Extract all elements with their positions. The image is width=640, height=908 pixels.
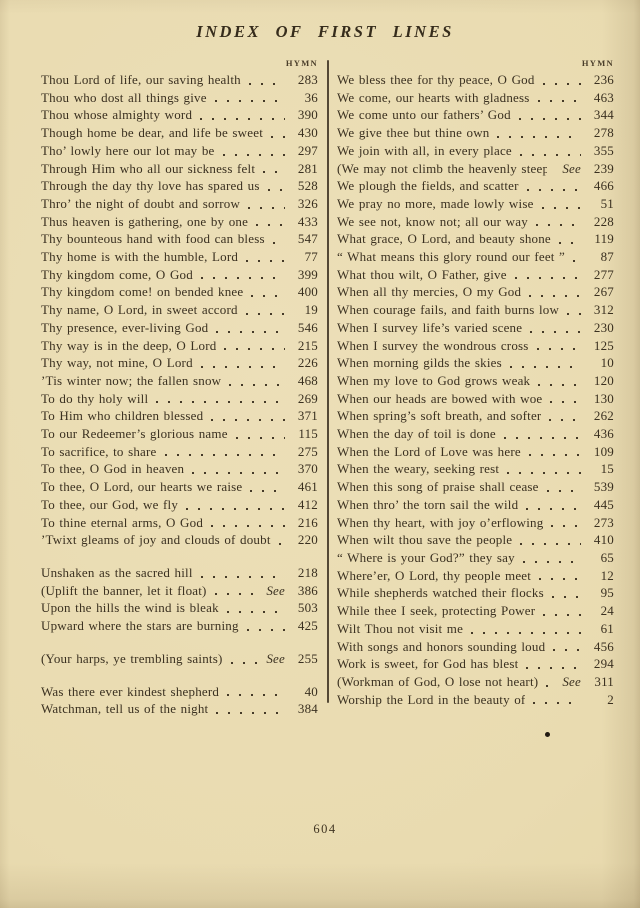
leader-dots [526,667,581,669]
leader-dots [201,366,285,368]
first-line-text: While thee I seek, protecting Power [337,602,535,620]
index-entry: To thee, O God in heaven370 [41,460,318,478]
index-entry: We give thee but thine own278 [337,124,614,142]
leader-dots [529,454,581,456]
index-entry: With songs and honors sounding loud456 [337,638,614,656]
see-reference: See [266,650,285,668]
hymn-number: 19 [292,301,318,319]
hymn-number: 311 [588,673,614,691]
index-entry: (Uplift the banner, let it float)See386 [41,582,318,600]
index-entry: Thy bounteous hand with food can bless54… [41,230,318,248]
leader-dots [542,207,581,209]
hymn-number: 425 [292,617,318,635]
first-line-text: When this song of praise shall cease [337,478,539,496]
index-entry: When our heads are bowed with woe130 [337,390,614,408]
hymn-number: 77 [292,248,318,266]
index-entry: We plough the fields, and scatter466 [337,177,614,195]
index-entry: To sacrifice, to share275 [41,443,318,461]
first-line-text: Upon the hills the wind is bleak [41,599,219,617]
see-reference: See [266,582,285,600]
index-entry: Through the day thy love has spared us52… [41,177,318,195]
index-entry: Where’er, O Lord, thy people meet12 [337,567,614,585]
hymn-number: 215 [292,337,318,355]
hymn-number: 120 [588,372,614,390]
leader-dots [279,543,285,545]
first-line-text: When wilt thou save the people [337,531,512,549]
index-entry: When this song of praise shall cease539 [337,478,614,496]
leader-dots [497,136,581,138]
first-line-text: Tho’ lowly here our lot may be [41,142,215,160]
first-line-text: Thou who dost all things give [41,89,207,107]
leader-dots [201,277,285,279]
hymn-number: 456 [588,638,614,656]
first-line-text: We come unto our fathers’ God [337,106,511,124]
hymn-number: 15 [588,460,614,478]
index-entry: Unshaken as the sacred hill218 [41,564,318,582]
first-line-text: Through Him who all our sickness felt [41,160,255,178]
hymn-number: 236 [588,71,614,89]
leader-dots [227,694,285,696]
leader-dots [186,508,285,510]
index-entry: While shepherds watched their flocks95 [337,584,614,602]
hymn-number: 399 [292,266,318,284]
entry-group: We bless thee for thy peace, O God236We … [337,71,614,708]
first-line-text: Watchman, tell us of the night [41,700,208,718]
index-entry: Watchman, tell us of the night384 [41,700,318,718]
first-line-text: We plough the fields, and scatter [337,177,519,195]
index-entry: When spring’s soft breath, and softer262 [337,407,614,425]
index-entry: We join with all, in every place355 [337,142,614,160]
leader-dots [553,649,581,651]
leader-dots [530,331,581,333]
leader-dots [231,662,260,664]
first-line-text: “ Where is your God?” they say [337,549,515,567]
ink-speck [545,732,550,737]
first-line-text: Where’er, O Lord, thy people meet [337,567,531,585]
leader-dots [223,154,286,156]
index-entry: To our Redeemer’s glorious name115 [41,425,318,443]
first-line-text: When courage fails, and faith burns low [337,301,559,319]
hymn-column-header-right: HYMN [337,57,614,71]
leader-dots [520,154,581,156]
column-divider-rule [327,60,329,703]
index-entry: When I survey the wondrous cross125 [337,337,614,355]
index-entry: ’Tis winter now; the fallen snow468 [41,372,318,390]
leader-dots [533,702,581,704]
leader-dots [537,348,581,350]
leader-dots [529,295,581,297]
hymn-number: 281 [292,160,318,178]
first-line-text: When morning gilds the skies [337,354,502,372]
first-line-text: We join with all, in every place [337,142,512,160]
first-line-text: Was there ever kindest shepherd [41,683,219,701]
leader-dots [536,224,581,226]
first-line-text: Wilt Thou not visit me [337,620,463,638]
index-entry: Work is sweet, for God has blest294 [337,655,614,673]
hymn-number: 125 [588,337,614,355]
index-entry: Upon the hills the wind is bleak503 [41,599,318,617]
page-number: 604 [10,822,640,837]
hymn-column-header-left: HYMN [41,57,318,71]
first-line-text: Thy way is in the deep, O Lord [41,337,216,355]
book-page: INDEX OF FIRST LINES HYMN Thou Lord of l… [0,0,640,908]
leader-dots [224,348,285,350]
leader-dots [165,454,286,456]
index-entry: When all thy mercies, O my God267 [337,283,614,301]
see-reference: See [562,160,581,178]
leader-dots [200,118,285,120]
hymn-number: 24 [588,602,614,620]
hymn-number: 463 [588,89,614,107]
first-line-text: Thy home is with the humble, Lord [41,248,238,266]
hymn-number: 130 [588,390,614,408]
hymn-number: 65 [588,549,614,567]
first-line-text: (Uplift the banner, let it float) [41,582,207,600]
first-line-text: (We may not climb the heavenly steeps) [337,160,547,178]
hymn-number: 277 [588,266,614,284]
leader-dots [250,490,285,492]
leader-dots [246,260,285,262]
index-entry: Tho’ lowly here our lot may be297 [41,142,318,160]
leader-dots [543,614,581,616]
leader-dots [547,490,581,492]
first-line-text: To sacrifice, to share [41,443,157,461]
hymn-number: 386 [292,582,318,600]
first-line-text: When our heads are bowed with woe [337,390,542,408]
leader-dots [192,472,285,474]
first-line-text: To thee, O Lord, our hearts we raise [41,478,242,496]
leader-dots [215,593,260,595]
first-line-text: To Him who children blessed [41,407,203,425]
first-line-text: Thou whose almighty word [41,106,192,124]
hymn-number: 40 [292,683,318,701]
first-line-text: When I survey the wondrous cross [337,337,529,355]
first-line-text: To thee, O God in heaven [41,460,184,478]
entry-group: (Your harps, ye trembling saints)See255 [41,650,318,668]
hymn-number: 384 [292,700,318,718]
index-entry: Upward where the stars are burning425 [41,617,318,635]
index-entry: To do thy holy will269 [41,390,318,408]
hymn-number: 528 [292,177,318,195]
hymn-number: 433 [292,213,318,231]
index-entry: When thy heart, with joy o’erflowing273 [337,514,614,532]
right-column-list: We bless thee for thy peace, O God236We … [337,71,614,708]
hymn-number: 466 [588,177,614,195]
index-entry: “ Where is your God?” they say65 [337,549,614,567]
first-line-text: When my love to God grows weak [337,372,530,390]
index-entry: Thy way is in the deep, O Lord215 [41,337,318,355]
first-line-text: Thy kingdom come, O God [41,266,193,284]
index-entry: Though home be dear, and life be sweet43… [41,124,318,142]
leader-dots [519,118,581,120]
leader-dots [471,632,581,634]
index-entry: Thy home is with the humble, Lord77 [41,248,318,266]
first-line-text: Thy bounteous hand with food can bless [41,230,265,248]
leader-dots [559,242,581,244]
index-entry: What thou wilt, O Father, give277 [337,266,614,284]
left-column: HYMN Thou Lord of life, our saving healt… [41,57,318,718]
first-line-text: To do thy holy will [41,390,148,408]
hymn-number: 61 [588,620,614,638]
hymn-number: 278 [588,124,614,142]
hymn-number: 312 [588,301,614,319]
index-entry: When my love to God grows weak120 [337,372,614,390]
leader-dots [251,295,285,297]
hymn-number: 547 [292,230,318,248]
see-reference: See [562,673,581,691]
hymn-number: 294 [588,655,614,673]
hymn-number: 326 [292,195,318,213]
first-line-text: To thine eternal arms, O God [41,514,203,532]
leader-dots [549,419,581,421]
leader-dots [538,100,581,102]
leader-dots [567,313,581,315]
first-line-text: When spring’s soft breath, and softer [337,407,541,425]
index-entry: Thou Lord of life, our saving health283 [41,71,318,89]
first-line-text: What grace, O Lord, and beauty shone [337,230,551,248]
index-entry: Thou who dost all things give36 [41,89,318,107]
hymn-number: 546 [292,319,318,337]
leader-dots [211,525,285,527]
leader-dots [527,189,581,191]
first-line-text: Thus heaven is gathering, one by one [41,213,248,231]
index-entry: Thy way, not mine, O Lord226 [41,354,318,372]
hymn-number: 2 [588,691,614,709]
hymn-number: 436 [588,425,614,443]
leader-dots [249,83,285,85]
first-line-text: Unshaken as the sacred hill [41,564,193,582]
first-line-text: We give thee but thine own [337,124,489,142]
index-entry: (Your harps, ye trembling saints)See255 [41,650,318,668]
index-entry: To thee, our God, we fly412 [41,496,318,514]
hymn-number: 119 [588,230,614,248]
leader-dots [526,508,581,510]
hymn-number: 51 [588,195,614,213]
index-entry: While thee I seek, protecting Power24 [337,602,614,620]
hymn-number: 468 [292,372,318,390]
hymn-number: 430 [292,124,318,142]
hymn-number: 412 [292,496,318,514]
leader-dots [268,189,285,191]
hymn-number: 370 [292,460,318,478]
index-entry: When I survey life’s varied scene230 [337,319,614,337]
first-line-text: With songs and honors sounding loud [337,638,545,656]
first-line-text: Thro’ the night of doubt and sorrow [41,195,240,213]
first-line-text: Thy presence, ever-living God [41,319,208,337]
hymn-number: 262 [588,407,614,425]
first-line-text: We come, our hearts with gladness [337,89,530,107]
hymn-number: 371 [292,407,318,425]
first-line-text: When the Lord of Love was here [337,443,521,461]
leader-dots [271,136,285,138]
first-line-text: When thy heart, with joy o’erflowing [337,514,543,532]
hymn-number: 255 [292,650,318,668]
leader-dots [539,578,581,580]
leader-dots [156,401,285,403]
leader-dots [523,561,581,563]
leader-dots [550,401,581,403]
leader-dots [211,419,285,421]
first-line-text: Though home be dear, and life be sweet [41,124,263,142]
first-line-text: Thou Lord of life, our saving health [41,71,241,89]
hymn-number: 228 [588,213,614,231]
index-entry: Worship the Lord in the beauty of2 [337,691,614,709]
hymn-number: 344 [588,106,614,124]
leader-dots [538,384,581,386]
hymn-number: 400 [292,283,318,301]
leader-dots [515,277,581,279]
hymn-number: 539 [588,478,614,496]
first-line-text: We bless thee for thy peace, O God [337,71,535,89]
leader-dots [229,384,285,386]
first-line-text: Work is sweet, for God has blest [337,655,518,673]
hymn-number: 503 [292,599,318,617]
index-entry: We bless thee for thy peace, O God236 [337,71,614,89]
index-entry: ’Twixt gleams of joy and clouds of doubt… [41,531,318,549]
first-line-text: When all thy mercies, O my God [337,283,521,301]
leader-dots [552,596,581,598]
page-title: INDEX OF FIRST LINES [10,22,640,42]
hymn-number: 355 [588,142,614,160]
leader-dots [504,437,581,439]
leader-dots [256,224,285,226]
index-entry: Thy name, O Lord, in sweet accord19 [41,301,318,319]
index-entry: To thee, O Lord, our hearts we raise461 [41,478,318,496]
leader-dots [247,629,285,631]
index-entry: Thy presence, ever-living God546 [41,319,318,337]
index-entry: (We may not climb the heavenly steeps)Se… [337,160,614,178]
leader-dots [510,366,581,368]
hymn-number: 297 [292,142,318,160]
index-entry: When wilt thou save the people410 [337,531,614,549]
first-line-text: What thou wilt, O Father, give [337,266,507,284]
index-entry: Wilt Thou not visit me61 [337,620,614,638]
hymn-number: 95 [588,584,614,602]
index-entry: Thus heaven is gathering, one by one433 [41,213,318,231]
first-line-text: (Your harps, ye trembling saints) [41,650,223,668]
first-line-text: When the day of toil is done [337,425,496,443]
hymn-number: 109 [588,443,614,461]
leader-dots [248,207,285,209]
left-column-list: Thou Lord of life, our saving health283T… [41,71,318,718]
hymn-number: 461 [292,478,318,496]
leader-dots [227,611,285,613]
index-entry: To thine eternal arms, O God216 [41,514,318,532]
first-line-text: Thy kingdom come! on bended knee [41,283,243,301]
hymn-number: 239 [588,160,614,178]
entry-group: Unshaken as the sacred hill218(Uplift th… [41,564,318,635]
leader-dots [216,331,285,333]
index-entry: When the day of toil is done436 [337,425,614,443]
first-line-text: (Workman of God, O lose not heart) [337,673,538,691]
hymn-number: 390 [292,106,318,124]
first-line-text: We see not, know not; all our way [337,213,528,231]
index-entry: (Workman of God, O lose not heart)See311 [337,673,614,691]
leader-dots [543,83,581,85]
hymn-number: 226 [292,354,318,372]
first-line-text: Through the day thy love has spared us [41,177,260,195]
index-entry: Thy kingdom come, O God399 [41,266,318,284]
leader-dots [201,576,285,578]
index-entry: When courage fails, and faith burns low3… [337,301,614,319]
right-column: HYMN We bless thee for thy peace, O God2… [337,57,614,708]
leader-dots [273,242,285,244]
first-line-text: We pray no more, made lowly wise [337,195,534,213]
leader-dots [263,171,285,173]
leader-dots [573,260,581,262]
index-entry: We pray no more, made lowly wise51 [337,195,614,213]
leader-dots [215,100,285,102]
hymn-number: 283 [292,71,318,89]
index-entry: Through Him who all our sickness felt281 [41,160,318,178]
hymn-number: 445 [588,496,614,514]
entry-group: Was there ever kindest shepherd40Watchma… [41,683,318,718]
entry-group: Thou Lord of life, our saving health283T… [41,71,318,549]
hymn-number: 230 [588,319,614,337]
hymn-number: 216 [292,514,318,532]
leader-dots [507,472,581,474]
hymn-number: 10 [588,354,614,372]
hymn-number: 218 [292,564,318,582]
index-entry: When thro’ the torn sail the wild445 [337,496,614,514]
index-entry: “ What means this glory round our feet ”… [337,248,614,266]
leader-dots [236,437,285,439]
first-line-text: “ What means this glory round our feet ” [337,248,565,266]
first-line-text: ’Twixt gleams of joy and clouds of doubt [41,531,271,549]
leader-dots [520,543,581,545]
leader-dots [216,712,285,714]
hymn-number: 87 [588,248,614,266]
index-entry: When the Lord of Love was here109 [337,443,614,461]
leader-dots [546,685,555,687]
index-entry: Was there ever kindest shepherd40 [41,683,318,701]
first-line-text: Thy name, O Lord, in sweet accord [41,301,238,319]
index-entry: When morning gilds the skies10 [337,354,614,372]
hymn-number: 115 [292,425,318,443]
first-line-text: Thy way, not mine, O Lord [41,354,193,372]
first-line-text: While shepherds watched their flocks [337,584,544,602]
hymn-number: 36 [292,89,318,107]
hymn-number: 267 [588,283,614,301]
index-entry: Thy kingdom come! on bended knee400 [41,283,318,301]
hymn-number: 273 [588,514,614,532]
index-entry: What grace, O Lord, and beauty shone119 [337,230,614,248]
index-entry: Thou whose almighty word390 [41,106,318,124]
hymn-number: 269 [292,390,318,408]
first-line-text: When I survey life’s varied scene [337,319,522,337]
first-line-text: When the weary, seeking rest [337,460,499,478]
first-line-text: Worship the Lord in the beauty of [337,691,525,709]
first-line-text: ’Tis winter now; the fallen snow [41,372,221,390]
index-entry: Thro’ the night of doubt and sorrow326 [41,195,318,213]
first-line-text: To thee, our God, we fly [41,496,178,514]
leader-dots [246,313,285,315]
first-line-text: To our Redeemer’s glorious name [41,425,228,443]
index-entry: We see not, know not; all our way228 [337,213,614,231]
index-entry: We come unto our fathers’ God344 [337,106,614,124]
index-entry: When the weary, seeking rest15 [337,460,614,478]
index-entry: We come, our hearts with gladness463 [337,89,614,107]
first-line-text: When thro’ the torn sail the wild [337,496,518,514]
hymn-number: 410 [588,531,614,549]
leader-dots [551,525,581,527]
hymn-number: 12 [588,567,614,585]
first-line-text: Upward where the stars are burning [41,617,239,635]
hymn-number: 275 [292,443,318,461]
hymn-number: 220 [292,531,318,549]
index-entry: To Him who children blessed371 [41,407,318,425]
